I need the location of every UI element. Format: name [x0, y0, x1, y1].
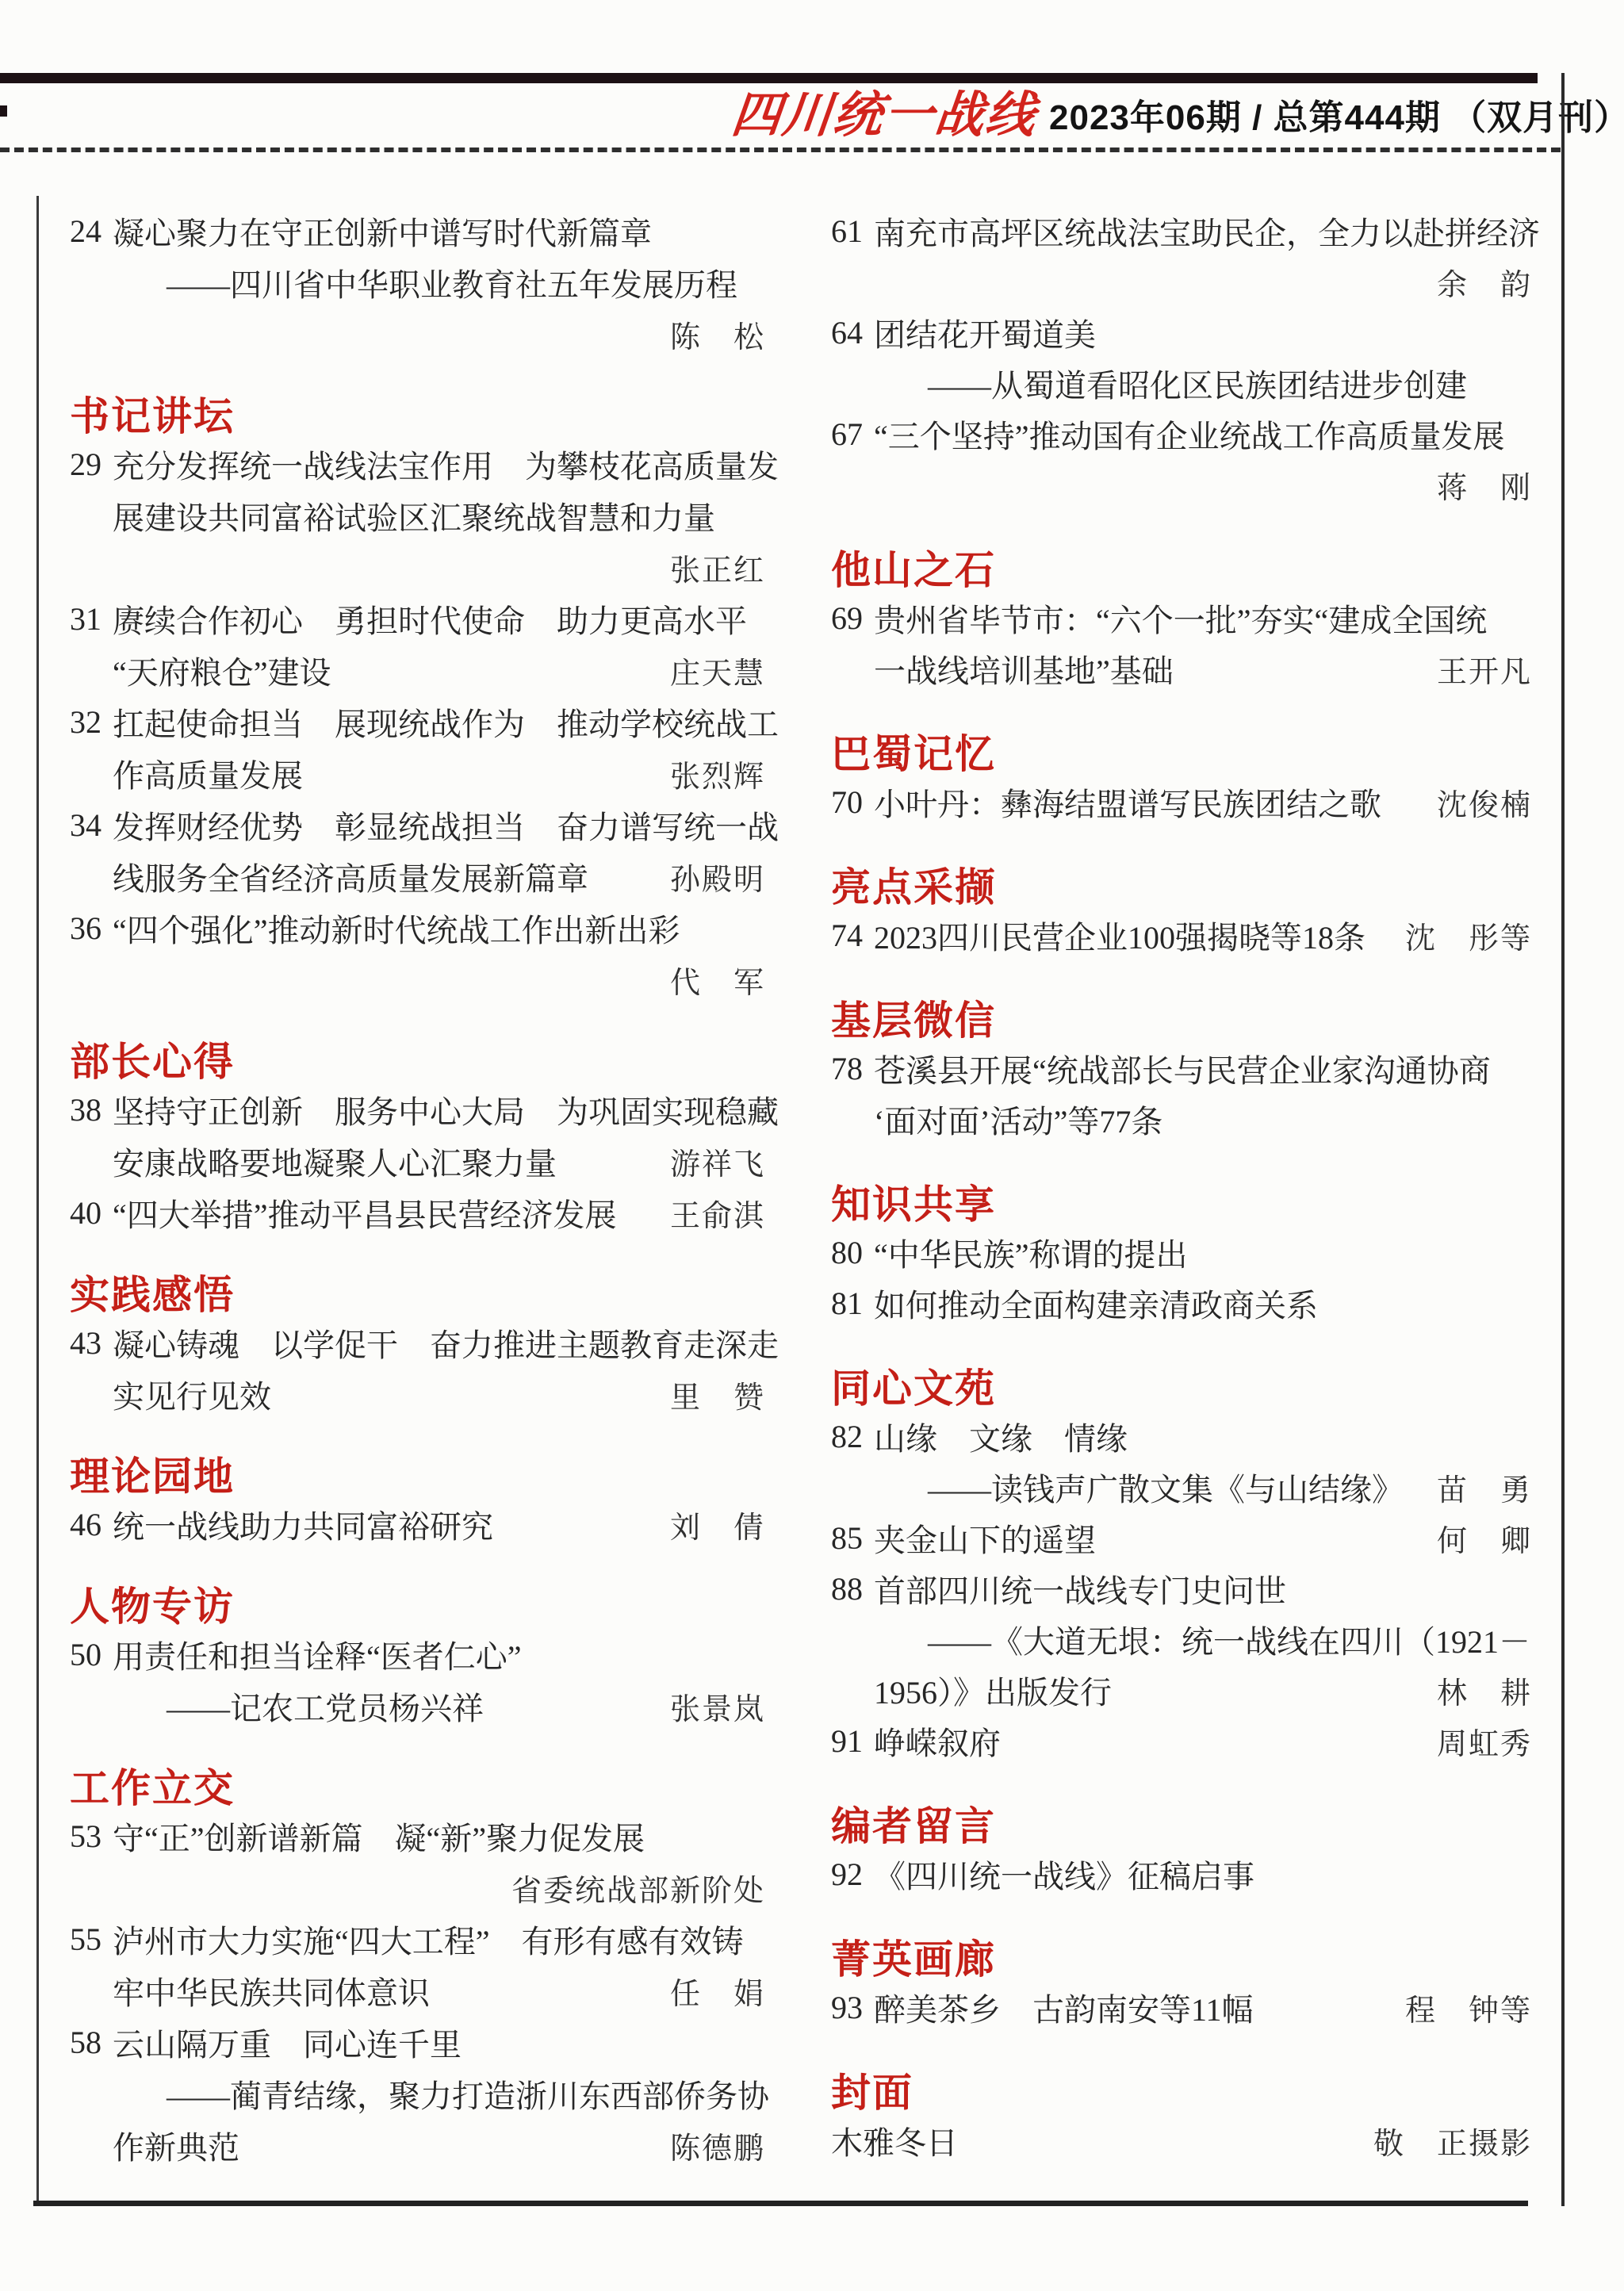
toc-line: 80“中华民族”称谓的提出 — [831, 1227, 1532, 1278]
item-title: 实见行见效 — [113, 1372, 271, 1417]
item-title: 充分发挥统一战线法宝作用 为攀枝花高质量发 — [113, 442, 779, 487]
item-page-number: 88 — [831, 1570, 874, 1607]
item-author: 张烈辉 — [651, 752, 765, 795]
item-title: 扛起使命担当 展现统战作为 推动学校统战工 — [113, 699, 779, 745]
section-heading-label: 知识共享 — [831, 1173, 996, 1230]
toc-line: 78苍溪县开展“统战部长与民营企业家沟通协商 — [831, 1043, 1532, 1094]
section-heading: 基层微信 — [831, 992, 1532, 1043]
item-author: 余 韵 — [1418, 260, 1532, 304]
item-author: 陈 松 — [651, 312, 765, 356]
item-page-number: 55 — [70, 1921, 113, 1958]
toc-line: ——蔺青结缘，聚力打造浙川东西部侨务协 — [70, 2068, 765, 2120]
item-title: 南充市高坪区统战法宝助民企，全力以赴拼经济 — [874, 209, 1540, 254]
section-heading-label: 编者留言 — [831, 1795, 996, 1852]
page-header: 四川统一战线 2023年06期 / 总第444期 （双月刊） — [732, 82, 1624, 144]
item-page-number: 36 — [70, 910, 113, 947]
item-author: 王开凡 — [1418, 647, 1532, 691]
toc-right-column: 61南充市高坪区统战法宝助民企，全力以赴拼经济余 韵64团结花开蜀道美——从蜀道… — [831, 205, 1532, 2166]
item-page-number: 24 — [70, 213, 113, 250]
toc-item-88: 88首部四川统一战线专门史问世——《大道无垠：统一战线在四川（1921－1956… — [831, 1563, 1532, 1715]
issue-info: 2023年06期 / 总第444期 （双月刊） — [1049, 92, 1624, 144]
toc-line: 58云山隔万重 同心连千里 — [70, 2017, 765, 2068]
item-title: 山缘 文缘 情缘 — [874, 1414, 1128, 1459]
section-heading-label: 书记讲坛 — [70, 385, 235, 442]
item-title: 凝心铸魂 以学促干 奋力推进主题教育走深走 — [113, 1320, 779, 1366]
toc-item-53: 53守“正”创新谱新篇 凝“新”聚力促发展省委统战部新阶处 — [70, 1810, 765, 1914]
item-page-number: 70 — [831, 783, 874, 821]
item-author: 庄天慧 — [651, 649, 765, 692]
item-page-number: 82 — [831, 1418, 874, 1455]
toc-item-29: 29充分发挥统一战线法宝作用 为攀枝花高质量发展建设共同富裕试验区汇聚统战智慧和… — [70, 439, 765, 593]
section-heading: 实践感悟 — [70, 1266, 765, 1317]
toc-line: 线服务全省经济高质量发展新篇章孙殿明 — [70, 851, 765, 902]
section-heading: 工作立交 — [70, 1759, 765, 1810]
section-heading: 菁英画廊 — [831, 1931, 1532, 1982]
toc-line: 64团结花开蜀道美 — [831, 307, 1532, 358]
toc-line: 36“四个强化”推动新时代统战工作出新出彩 — [70, 902, 765, 954]
section-heading: 编者留言 — [831, 1798, 1532, 1849]
toc-line: ——读钱声广散文集《与山结缘》苗 勇 — [831, 1462, 1532, 1512]
item-title: 安康战略要地凝聚人心汇聚力量 — [113, 1139, 557, 1184]
toc-line: ——从蜀道看昭化区民族团结进步创建 — [831, 358, 1532, 408]
item-page-number: 67 — [831, 416, 874, 453]
item-title: 峥嵘叙府 — [874, 1718, 1001, 1764]
item-author: 省委统战部新阶处 — [492, 1866, 765, 1910]
toc-item-91: 91峥嵘叙府周虹秀 — [831, 1715, 1532, 1766]
item-title: 云山隔万重 同心连千里 — [113, 2020, 462, 2065]
item-page-number: 53 — [70, 1818, 113, 1855]
toc-line: 31赓续合作初心 勇担时代使命 助力更高水平 — [70, 593, 765, 645]
item-author: 孙殿明 — [651, 855, 765, 898]
item-author: 刘 倩 — [651, 1503, 765, 1546]
item-title: 统一战线助力共同富裕研究 — [113, 1502, 493, 1547]
toc-line: 92《四川统一战线》征稿启事 — [831, 1849, 1532, 1899]
toc-item-43: 43凝心铸魂 以学促干 奋力推进主题教育走深走实见行见效里 赞 — [70, 1317, 765, 1420]
toc-item-38: 38坚持守正创新 服务中心大局 为巩固实现稳藏安康战略要地凝聚人心汇聚力量游祥飞 — [70, 1084, 765, 1187]
toc-left-column: 24凝心聚力在守正创新中谱写时代新篇章——四川省中华职业教育社五年发展历程陈 松… — [70, 205, 765, 2171]
item-title: 1956）》出版发行 — [874, 1668, 1112, 1713]
item-title: 贵州省毕节市：“六个一批”夯实“建成全国统 — [874, 596, 1487, 641]
item-page-number: 31 — [70, 600, 113, 638]
toc-item-31: 31赓续合作初心 勇担时代使命 助力更高水平“天府粮仓”建设庄天慧 — [70, 593, 765, 696]
item-author: 程 钟等 — [1386, 1986, 1532, 2029]
item-title: “四大举措”推动平昌县民营经济发展 — [113, 1190, 617, 1236]
item-page-number: 69 — [831, 600, 874, 637]
toc-line: 55泸州市大力实施“四大工程” 有形有感有效铸 — [70, 1914, 765, 1965]
item-title: “四个强化”推动新时代统战工作出新出彩 — [113, 906, 680, 951]
item-title: 木雅冬日 — [831, 2118, 958, 2163]
item-author: 张景岚 — [651, 1684, 765, 1728]
section-heading: 部长心得 — [70, 1032, 765, 1084]
item-page-number: 34 — [70, 806, 113, 844]
toc-line: 43凝心铸魂 以学促干 奋力推进主题教育走深走 — [70, 1317, 765, 1369]
item-title: 如何推动全面构建亲清政商关系 — [874, 1281, 1318, 1326]
item-title: 展建设共同富裕试验区汇聚统战智慧和力量 — [113, 493, 715, 538]
item-page-number: 43 — [70, 1324, 113, 1362]
toc-item-58: 58云山隔万重 同心连千里——蔺青结缘，聚力打造浙川东西部侨务协作新典范陈德鹏 — [70, 2017, 765, 2171]
item-title: 作新典范 — [113, 2123, 239, 2168]
toc-line: 91峥嵘叙府周虹秀 — [831, 1715, 1532, 1766]
item-author: 游祥飞 — [651, 1140, 765, 1183]
item-title: 夹金山下的遥望 — [874, 1515, 1096, 1561]
dashed-divider — [0, 147, 1561, 152]
item-page-number: 92 — [831, 1856, 874, 1893]
toc-line: 40“四大举措”推动平昌县民营经济发展王俞淇 — [70, 1187, 765, 1239]
toc-line: 24凝心聚力在守正创新中谱写时代新篇章 — [70, 205, 765, 257]
toc-item-36: 36“四个强化”推动新时代统战工作出新出彩代 军 — [70, 902, 765, 1006]
toc-line: ‘面对面’活动”等77条 — [831, 1094, 1532, 1144]
item-title: “中华民族”称谓的提出 — [874, 1230, 1188, 1275]
item-subtitle: ——读钱声广散文集《与山结缘》 — [928, 1465, 1404, 1510]
toc-line: 省委统战部新阶处 — [70, 1862, 765, 1914]
toc-line: 81如何推动全面构建亲清政商关系 — [831, 1278, 1532, 1328]
frame-bottom-line — [33, 2201, 1528, 2206]
item-page-number: 80 — [831, 1234, 874, 1271]
item-author: 王俞淇 — [651, 1191, 765, 1235]
section-heading: 人物专访 — [70, 1577, 765, 1629]
item-subtitle: ——蔺青结缘，聚力打造浙川东西部侨务协 — [167, 2071, 769, 2117]
item-page-number: 38 — [70, 1091, 113, 1128]
item-title: ‘面对面’活动”等77条 — [874, 1097, 1162, 1142]
item-page-number: 58 — [70, 2024, 113, 2061]
item-title: 凝心聚力在守正创新中谱写时代新篇章 — [113, 209, 652, 254]
toc-line: 69贵州省毕节市：“六个一批”夯实“建成全国统 — [831, 592, 1532, 643]
toc-line: 29充分发挥统一战线法宝作用 为攀枝花高质量发 — [70, 439, 765, 490]
item-title: 2023四川民营企业100强揭晓等18条 — [874, 913, 1365, 958]
item-title: 线服务全省经济高质量发展新篇章 — [113, 854, 588, 899]
item-title: 苍溪县开展“统战部长与民营企业家沟通协商 — [874, 1046, 1491, 1091]
edge-tick — [0, 105, 7, 117]
section-heading: 同心文苑 — [831, 1360, 1532, 1411]
item-page-number: 29 — [70, 446, 113, 483]
item-title: 发挥财经优势 彰显统战担当 奋力谱写统一战 — [113, 803, 779, 848]
toc-item-93: 93醉美茶乡 古韵南安等11幅程 钟等 — [831, 1982, 1532, 2032]
section-heading-label: 实践感悟 — [70, 1263, 235, 1320]
item-title: “三个坚持”推动国有企业统战工作高质量发展 — [874, 412, 1505, 457]
toc-line: “天府粮仓”建设庄天慧 — [70, 645, 765, 696]
toc-line: 展建设共同富裕试验区汇聚统战智慧和力量 — [70, 490, 765, 542]
item-author: 敬 正摄影 — [1354, 2119, 1532, 2163]
item-author: 里 赞 — [651, 1373, 765, 1416]
item-subtitle: ——《大道无垠：统一战线在四川（1921－ — [928, 1617, 1530, 1662]
section-heading-label: 巴蜀记忆 — [831, 722, 996, 780]
item-author: 蒋 刚 — [1418, 463, 1532, 507]
toc-item-32: 32扛起使命担当 展现统战作为 推动学校统战工作高质量发展张烈辉 — [70, 696, 765, 799]
item-subtitle: ——记农工党员杨兴祥 — [167, 1684, 484, 1729]
toc-item-69: 69贵州省毕节市：“六个一批”夯实“建成全国统一战线培训基地”基础王开凡 — [831, 592, 1532, 694]
section-heading-label: 菁英画廊 — [831, 1928, 996, 1985]
toc-line: 38坚持守正创新 服务中心大局 为巩固实现稳藏 — [70, 1084, 765, 1136]
item-title: 作高质量发展 — [113, 751, 303, 796]
toc-line: 安康战略要地凝聚人心汇聚力量游祥飞 — [70, 1136, 765, 1187]
toc-item-55: 55泸州市大力实施“四大工程” 有形有感有效铸牢中华民族共同体意识任 娟 — [70, 1914, 765, 2017]
toc-line: 木雅冬日敬 正摄影 — [831, 2115, 1532, 2166]
item-author: 陈德鹏 — [651, 2124, 765, 2167]
toc-line: 牢中华民族共同体意识任 娟 — [70, 1965, 765, 2017]
toc-item-46: 46统一战线助力共同富裕研究刘 倩 — [70, 1499, 765, 1550]
toc-line: 作高质量发展张烈辉 — [70, 748, 765, 799]
toc-line: 34发挥财经优势 彰显统战担当 奋力谱写统一战 — [70, 799, 765, 851]
item-subtitle: ——从蜀道看昭化区民族团结进步创建 — [928, 361, 1467, 406]
item-page-number: 64 — [831, 314, 874, 351]
toc-item-85: 85夹金山下的遥望何 卿 — [831, 1512, 1532, 1563]
section-heading: 他山之石 — [831, 542, 1532, 592]
toc-line: ——四川省中华职业教育社五年发展历程 — [70, 257, 765, 308]
section-heading-label: 基层微信 — [831, 989, 996, 1046]
toc-item-82: 82山缘 文缘 情缘——读钱声广散文集《与山结缘》苗 勇 — [831, 1411, 1532, 1512]
toc-line: 88首部四川统一战线专门史问世 — [831, 1563, 1532, 1614]
frame-left-line — [36, 196, 39, 2205]
toc-line: 作新典范陈德鹏 — [70, 2120, 765, 2171]
section-heading: 理论园地 — [70, 1447, 765, 1499]
item-page-number: 61 — [831, 213, 874, 250]
item-title: 醉美茶乡 古韵南安等11幅 — [874, 1985, 1254, 2030]
toc-item-74: 742023四川民营企业100强揭晓等18条沈 彤等 — [831, 910, 1532, 960]
toc-item-40: 40“四大举措”推动平昌县民营经济发展王俞淇 — [70, 1187, 765, 1239]
toc-item-cover: 木雅冬日敬 正摄影 — [831, 2115, 1532, 2166]
toc-item-70: 70小叶丹：彝海结盟谱写民族团结之歌沈俊楠 — [831, 776, 1532, 827]
toc-line: 蒋 刚 — [831, 459, 1532, 510]
section-heading: 书记讲坛 — [70, 387, 765, 439]
toc-line: 82山缘 文缘 情缘 — [831, 1411, 1532, 1462]
toc-item-80: 80“中华民族”称谓的提出 — [831, 1227, 1532, 1278]
section-heading-label: 封面 — [831, 2061, 913, 2118]
item-author: 林 耕 — [1418, 1668, 1532, 1712]
item-title: 泸州市大力实施“四大工程” 有形有感有效铸 — [113, 1917, 744, 1962]
toc-item-61: 61南充市高坪区统战法宝助民企，全力以赴拼经济余 韵 — [831, 205, 1532, 307]
item-author: 苗 勇 — [1418, 1465, 1532, 1509]
item-title: 守“正”创新谱新篇 凝“新”聚力促发展 — [113, 1814, 645, 1859]
item-page-number: 50 — [70, 1636, 113, 1673]
section-heading-label: 亮点采撷 — [831, 856, 996, 913]
toc-line: 93醉美茶乡 古韵南安等11幅程 钟等 — [831, 1982, 1532, 2032]
toc-item-64: 64团结花开蜀道美——从蜀道看昭化区民族团结进步创建 — [831, 307, 1532, 408]
section-heading-label: 人物专访 — [70, 1575, 235, 1632]
frame-right-line — [1561, 73, 1565, 2206]
item-author: 张正红 — [651, 546, 765, 589]
toc-line: 余 韵 — [831, 256, 1532, 307]
toc-line: 32扛起使命担当 展现统战作为 推动学校统战工 — [70, 696, 765, 748]
section-heading-label: 同心文苑 — [831, 1357, 996, 1414]
toc-line: 61南充市高坪区统战法宝助民企，全力以赴拼经济 — [831, 205, 1532, 256]
item-title: 赓续合作初心 勇担时代使命 助力更高水平 — [113, 596, 747, 642]
toc-line: 46统一战线助力共同富裕研究刘 倩 — [70, 1499, 765, 1550]
toc-line: 50用责任和担当诠释“医者仁心” — [70, 1629, 765, 1680]
toc-line: 53守“正”创新谱新篇 凝“新”聚力促发展 — [70, 1810, 765, 1862]
section-heading-label: 工作立交 — [70, 1757, 235, 1814]
item-title: “天府粮仓”建设 — [113, 648, 331, 693]
toc-line: 85夹金山下的遥望何 卿 — [831, 1512, 1532, 1563]
toc-item-78: 78苍溪县开展“统战部长与民营企业家沟通协商‘面对面’活动”等77条 — [831, 1043, 1532, 1144]
magazine-logo: 四川统一战线 — [729, 86, 1040, 144]
item-title: 一战线培训基地”基础 — [874, 646, 1174, 692]
item-author: 何 卿 — [1418, 1516, 1532, 1560]
toc-line: 70小叶丹：彝海结盟谱写民族团结之歌沈俊楠 — [831, 776, 1532, 827]
item-page-number: 85 — [831, 1519, 874, 1557]
item-subtitle: ——四川省中华职业教育社五年发展历程 — [167, 260, 737, 305]
toc-line: ——《大道无垠：统一战线在四川（1921－ — [831, 1614, 1532, 1665]
item-author: 周虹秀 — [1418, 1719, 1532, 1763]
item-page-number: 91 — [831, 1722, 874, 1760]
section-heading: 巴蜀记忆 — [831, 726, 1532, 776]
toc-item-24: 24凝心聚力在守正创新中谱写时代新篇章——四川省中华职业教育社五年发展历程陈 松 — [70, 205, 765, 360]
section-heading: 亮点采撷 — [831, 859, 1532, 910]
item-title: 坚持守正创新 服务中心大局 为巩固实现稳藏 — [113, 1087, 779, 1132]
toc-item-34: 34发挥财经优势 彰显统战担当 奋力谱写统一战线服务全省经济高质量发展新篇章孙殿… — [70, 799, 765, 902]
section-heading-label: 他山之石 — [831, 538, 996, 596]
item-author: 沈俊楠 — [1418, 780, 1532, 824]
toc-item-50: 50用责任和担当诠释“医者仁心”——记农工党员杨兴祥张景岚 — [70, 1629, 765, 1732]
item-page-number: 40 — [70, 1194, 113, 1232]
toc-line: ——记农工党员杨兴祥张景岚 — [70, 1680, 765, 1732]
section-heading: 封面 — [831, 2064, 1532, 2115]
section-heading-label: 部长心得 — [70, 1030, 235, 1087]
item-author: 沈 彤等 — [1386, 914, 1532, 957]
item-page-number: 93 — [831, 1989, 874, 2026]
item-page-number: 32 — [70, 703, 113, 741]
toc-line: 张正红 — [70, 542, 765, 593]
item-author: 代 军 — [651, 958, 765, 1002]
item-title: 用责任和担当诠释“医者仁心” — [113, 1632, 522, 1677]
item-page-number: 74 — [831, 917, 874, 954]
section-heading: 知识共享 — [831, 1176, 1532, 1227]
item-title: 牢中华民族共同体意识 — [113, 1968, 430, 2013]
toc-line: 742023四川民营企业100强揭晓等18条沈 彤等 — [831, 910, 1532, 960]
section-heading-label: 理论园地 — [70, 1445, 235, 1502]
item-title: 团结花开蜀道美 — [874, 310, 1096, 355]
toc-line: 67“三个坚持”推动国有企业统战工作高质量发展 — [831, 408, 1532, 459]
item-page-number: 46 — [70, 1506, 113, 1543]
item-title: 小叶丹：彝海结盟谱写民族团结之歌 — [874, 780, 1381, 825]
toc-line: 一战线培训基地”基础王开凡 — [831, 643, 1532, 694]
item-author: 任 娟 — [651, 1969, 765, 2013]
toc-line: 1956）》出版发行林 耕 — [831, 1665, 1532, 1715]
item-title: 《四川统一战线》征稿启事 — [874, 1852, 1254, 1897]
toc-line: 陈 松 — [70, 308, 765, 360]
toc-item-92: 92《四川统一战线》征稿启事 — [831, 1849, 1532, 1899]
toc-item-81: 81如何推动全面构建亲清政商关系 — [831, 1278, 1532, 1328]
toc-line: 代 军 — [70, 954, 765, 1006]
item-title: 首部四川统一战线专门史问世 — [874, 1566, 1286, 1611]
item-page-number: 78 — [831, 1050, 874, 1087]
item-page-number: 81 — [831, 1285, 874, 1322]
toc-line: 实见行见效里 赞 — [70, 1369, 765, 1420]
toc-item-67: 67“三个坚持”推动国有企业统战工作高质量发展蒋 刚 — [831, 408, 1532, 510]
